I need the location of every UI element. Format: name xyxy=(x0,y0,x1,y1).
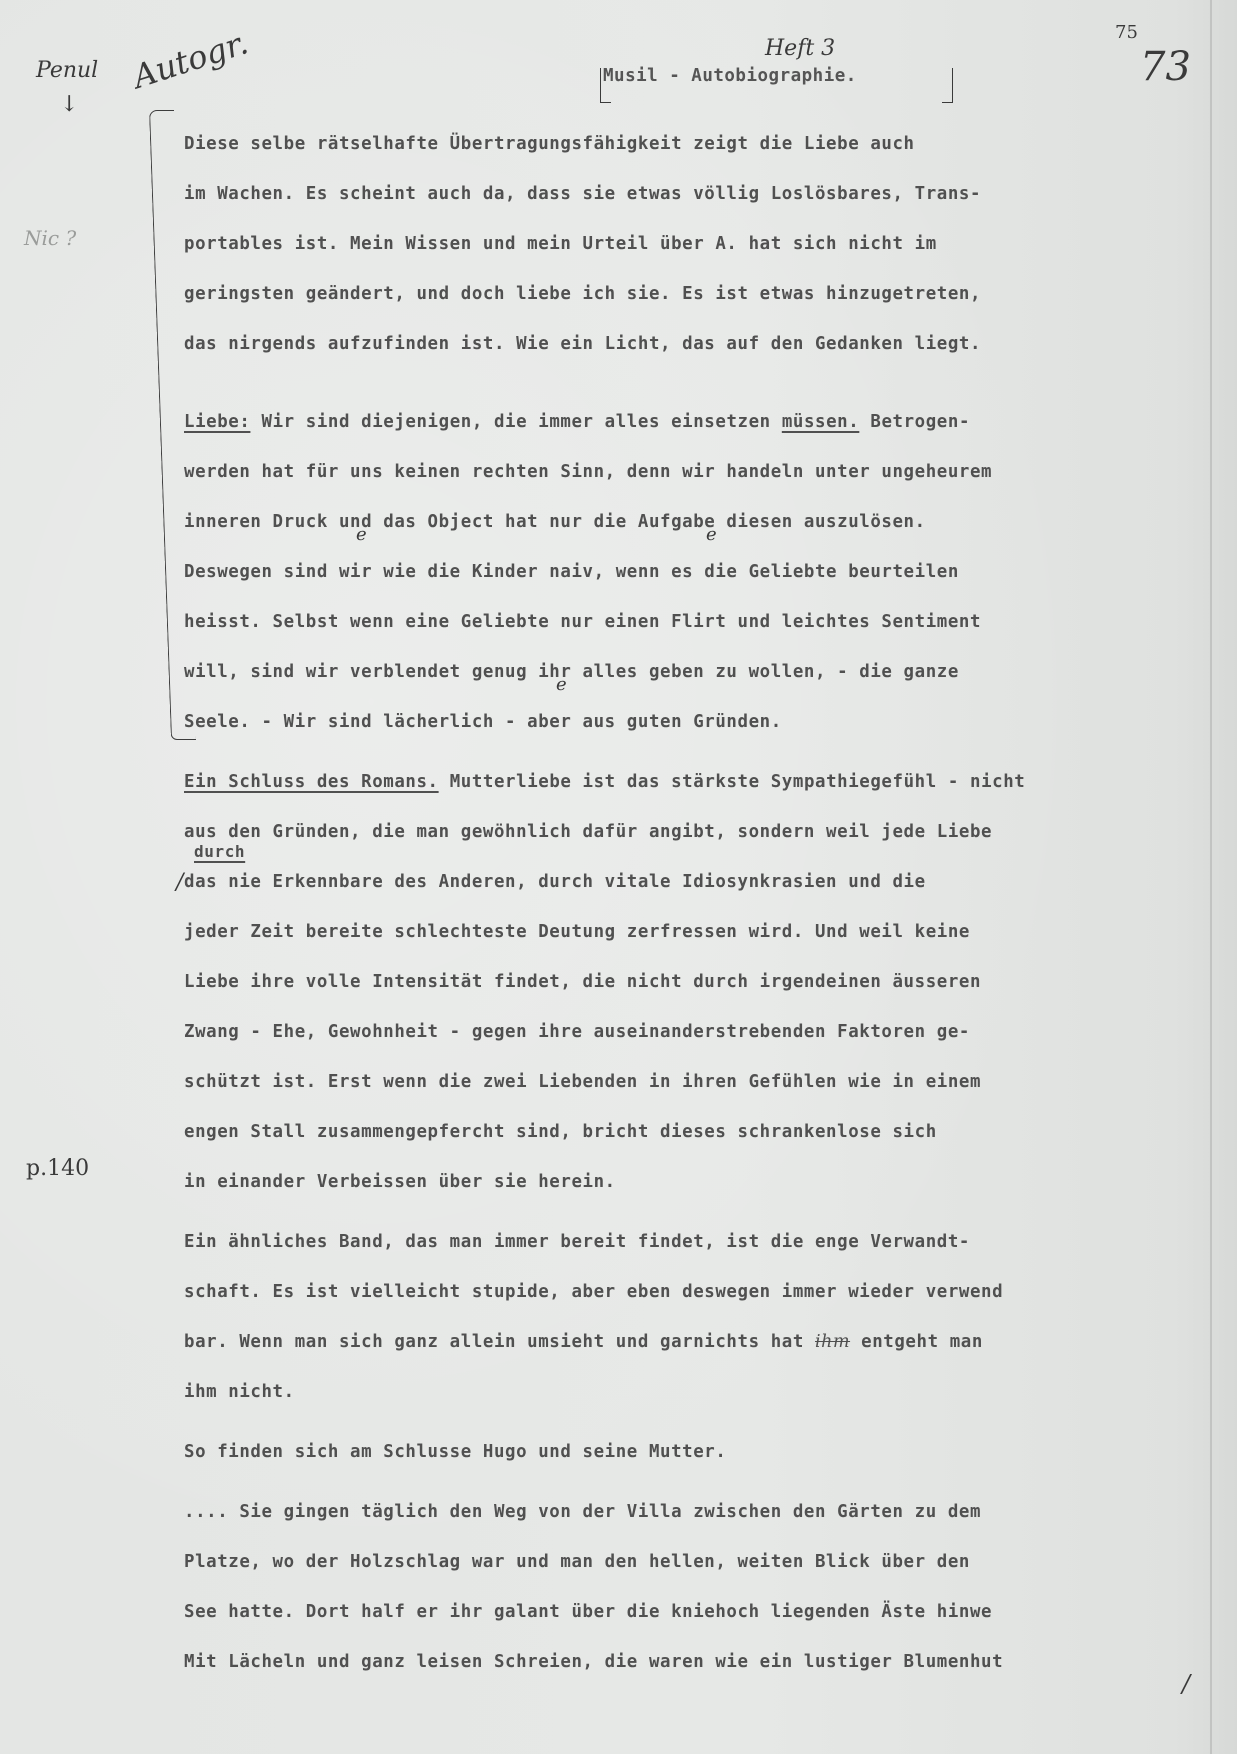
text-fragment: Wir sind diejenigen, die immer alles ein… xyxy=(262,412,771,432)
text-line: Platze, wo der Holzschlag war und man de… xyxy=(184,1552,970,1572)
insertion-slash-mark: / xyxy=(176,870,183,895)
text-fragment: entgeht man xyxy=(861,1332,983,1352)
page-number-small: 75 xyxy=(1115,22,1138,43)
text-line: Diese selbe rätselhafte Übertragungsfähi… xyxy=(184,134,915,154)
text-line: schaft. Es ist vielleicht stupide, aber … xyxy=(184,1282,1003,1302)
page-reference-note: p.140 xyxy=(26,1156,89,1181)
struck-word: ihm xyxy=(815,1332,850,1352)
end-slash-mark: / xyxy=(1182,1670,1190,1698)
insert-mark: e xyxy=(706,524,717,545)
text-line: portables ist. Mein Wissen und mein Urte… xyxy=(184,234,937,254)
arrow-down-icon: ↓ xyxy=(60,92,78,117)
text-line-schluss: Ein Schluss des Romans. Mutterliebe ist … xyxy=(184,772,1025,792)
text-line: Liebe ihre volle Intensität findet, die … xyxy=(184,972,981,992)
text-line: ihm nicht. xyxy=(184,1382,295,1402)
underlined-schluss-heading: Ein Schluss des Romans. xyxy=(184,772,439,792)
text-line: inneren Druck und das Object hat nur die… xyxy=(184,512,926,532)
heft-note: Heft 3 xyxy=(765,36,835,61)
text-line: das nie Erkennbare des Anderen, durch vi… xyxy=(184,872,926,892)
text-line-liebe: Liebe: Wir sind diejenigen, die immer al… xyxy=(184,412,970,432)
text-line: heisst. Selbst wenn eine Geliebte nur ei… xyxy=(184,612,981,632)
inserted-word-durch: durch xyxy=(194,842,245,861)
underlined-muessen: müssen. xyxy=(782,412,860,432)
text-line: aus den Gründen, die man gewöhnlich dafü… xyxy=(184,822,992,842)
text-line: Seele. - Wir sind lächerlich - aber aus … xyxy=(184,712,782,732)
text-line: So finden sich am Schlusse Hugo und sein… xyxy=(184,1442,726,1462)
text-line-with-strike: bar. Wenn man sich ganz allein umsieht u… xyxy=(184,1332,983,1352)
text-line: See hatte. Dort half er ihr galant über … xyxy=(184,1602,992,1622)
header-bracket-close xyxy=(942,68,953,103)
text-fragment: Betrogen- xyxy=(870,412,970,432)
text-fragment: Mutterliebe ist das stärkste Sympathiege… xyxy=(450,772,1026,792)
autograph-note: Autogr. xyxy=(128,23,252,96)
text-line: Mit Lächeln und ganz leisen Schreien, di… xyxy=(184,1652,1003,1672)
text-line: werden hat für uns keinen rechten Sinn, … xyxy=(184,462,992,482)
insert-mark: e xyxy=(556,674,567,695)
page-number-large: 73 xyxy=(1140,44,1191,90)
text-line: engen Stall zusammengepfercht sind, bric… xyxy=(184,1122,937,1142)
page-edge-shadow xyxy=(1210,0,1212,1754)
text-line: schützt ist. Erst wenn die zwei Liebende… xyxy=(184,1072,981,1092)
text-line: in einander Verbeissen über sie herein. xyxy=(184,1172,616,1192)
text-line: Ein ähnliches Band, das man immer bereit… xyxy=(184,1232,970,1252)
faint-margin-note: Nic ? xyxy=(24,226,76,250)
text-line: geringsten geändert, und doch liebe ich … xyxy=(184,284,981,304)
pencil-note: Penul xyxy=(36,58,98,83)
insert-mark: e xyxy=(356,524,367,545)
text-line: Deswegen sind wir wie die Kinder naiv, w… xyxy=(184,562,959,582)
text-line: das nirgends aufzufinden ist. Wie ein Li… xyxy=(184,334,981,354)
text-fragment: bar. Wenn man sich ganz allein umsieht u… xyxy=(184,1332,804,1352)
text-line: .... Sie gingen täglich den Weg von der … xyxy=(184,1502,981,1522)
scanned-typescript-page: Penul ↓ Autogr. Nic ? Heft 3 75 73 p.140… xyxy=(0,0,1237,1754)
text-line: Zwang - Ehe, Gewohnheit - gegen ihre aus… xyxy=(184,1022,970,1042)
underlined-liebe-label: Liebe: xyxy=(184,412,250,432)
text-line: jeder Zeit bereite schlechteste Deutung … xyxy=(184,922,970,942)
text-line: im Wachen. Es scheint auch da, dass sie … xyxy=(184,184,981,204)
text-line: will, sind wir verblendet genug ihr alle… xyxy=(184,662,959,682)
document-title: Musil - Autobiographie. xyxy=(603,66,857,86)
